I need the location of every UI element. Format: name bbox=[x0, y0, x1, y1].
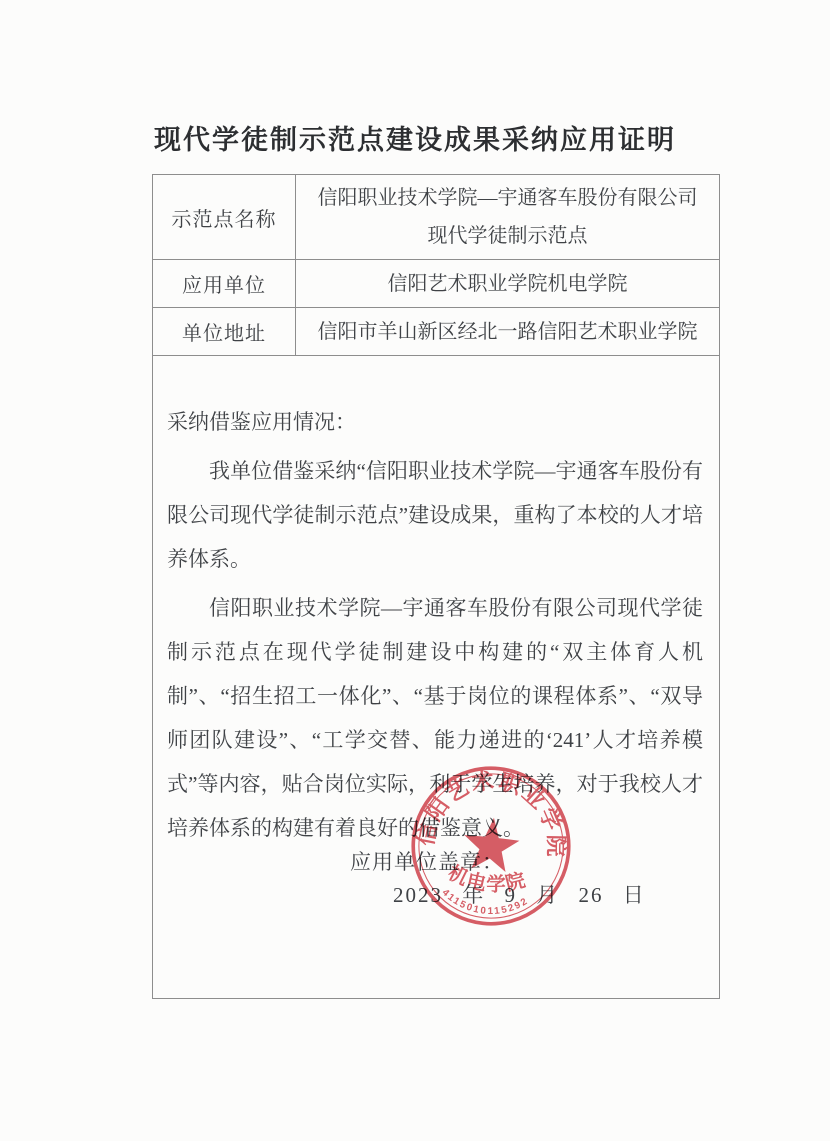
table-row: 应用单位 信阳艺术职业学院机电学院 bbox=[153, 260, 719, 308]
row-value-site-name: 信阳职业技术学院—宇通客车股份有限公司现代学徒制示范点 bbox=[296, 175, 719, 259]
statement-heading: 采纳借鉴应用情况： bbox=[167, 400, 703, 444]
row-value-applying-unit: 信阳艺术职业学院机电学院 bbox=[296, 260, 719, 307]
statement-paragraph-1: 我单位借鉴采纳“信阳职业技术学院—宇通客车股份有限公司现代学徒制示范点”建设成果… bbox=[167, 449, 703, 581]
table-row: 单位地址 信阳市羊山新区经北一路信阳艺术职业学院 bbox=[153, 308, 719, 356]
page-title: 现代学徒制示范点建设成果采纳应用证明 bbox=[0, 118, 830, 157]
row-label-site-name: 示范点名称 bbox=[153, 175, 296, 259]
info-table: 示范点名称 信阳职业技术学院—宇通客车股份有限公司现代学徒制示范点 应用单位 信… bbox=[152, 174, 720, 999]
row-label-applying-unit: 应用单位 bbox=[153, 260, 296, 307]
table-row: 示范点名称 信阳职业技术学院—宇通客车股份有限公司现代学徒制示范点 bbox=[153, 175, 719, 260]
date-line: 2023 年 9 月 26 日 bbox=[393, 879, 646, 909]
row-value-unit-address: 信阳市羊山新区经北一路信阳艺术职业学院 bbox=[296, 308, 719, 355]
certificate-page: 现代学徒制示范点建设成果采纳应用证明 示范点名称 信阳职业技术学院—宇通客车股份… bbox=[0, 0, 830, 1141]
statement-paragraph-2: 信阳职业技术学院—宇通客车股份有限公司现代学徒制示范点在现代学徒制建设中构建的“… bbox=[167, 586, 703, 850]
statement-cell: 采纳借鉴应用情况： 我单位借鉴采纳“信阳职业技术学院—宇通客车股份有限公司现代学… bbox=[153, 356, 719, 998]
stamp-label: 应用单位盖章： bbox=[350, 846, 504, 876]
row-label-unit-address: 单位地址 bbox=[153, 308, 296, 355]
